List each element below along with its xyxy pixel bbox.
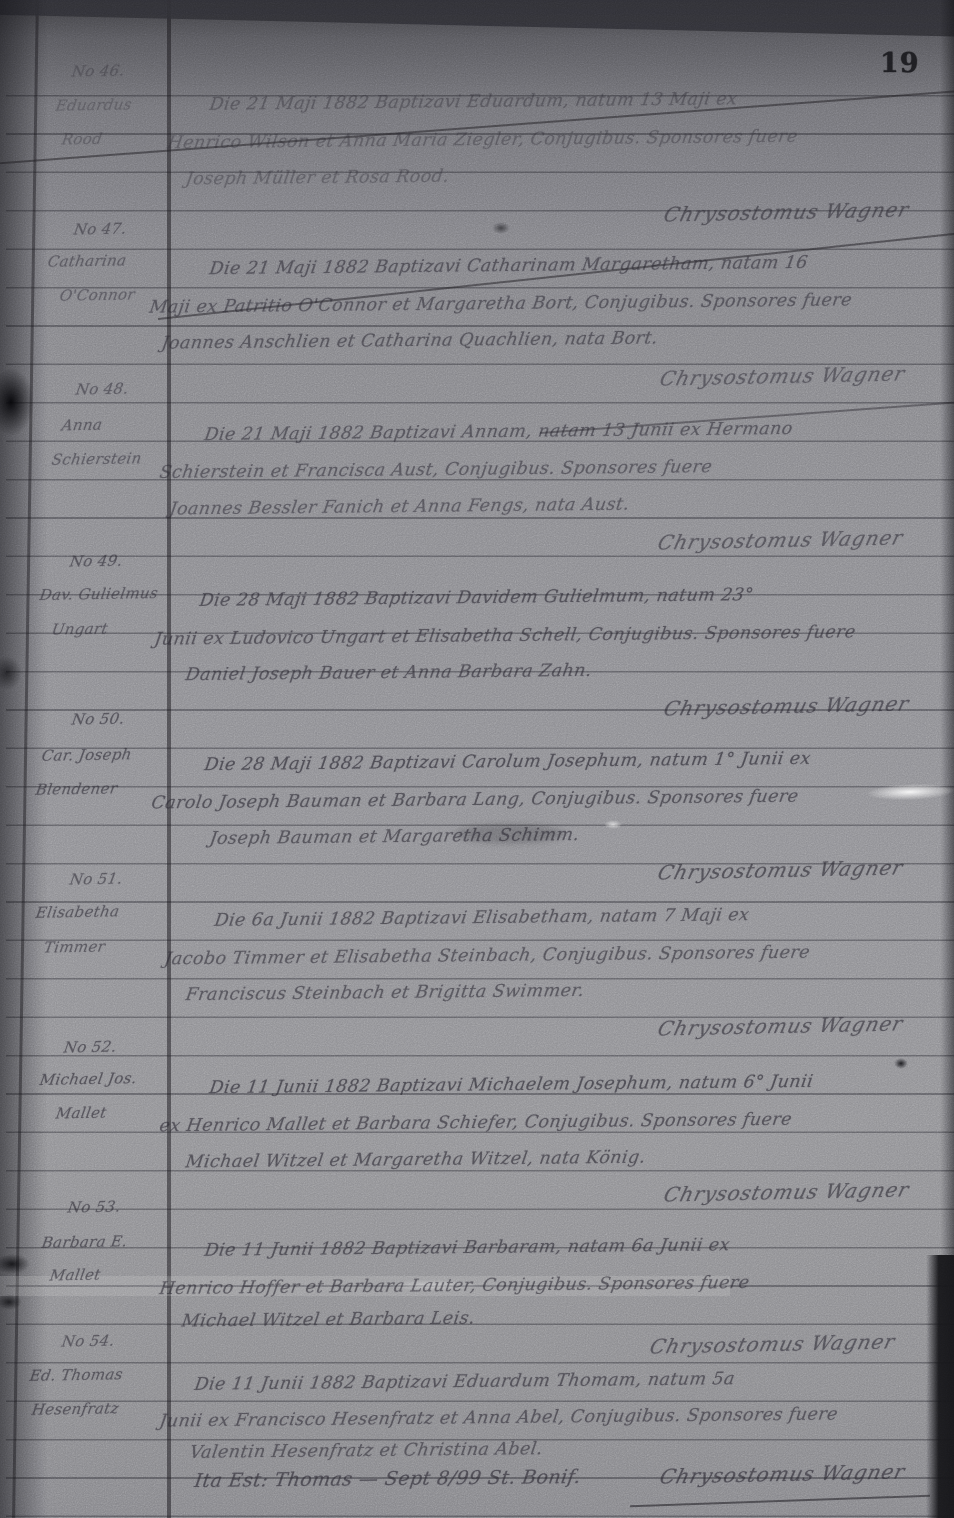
register-page-scan: 19 No 46. Eduardus Rood Die 21 Maji 1882… [0,0,954,1518]
paper-grain-texture [0,0,954,1518]
